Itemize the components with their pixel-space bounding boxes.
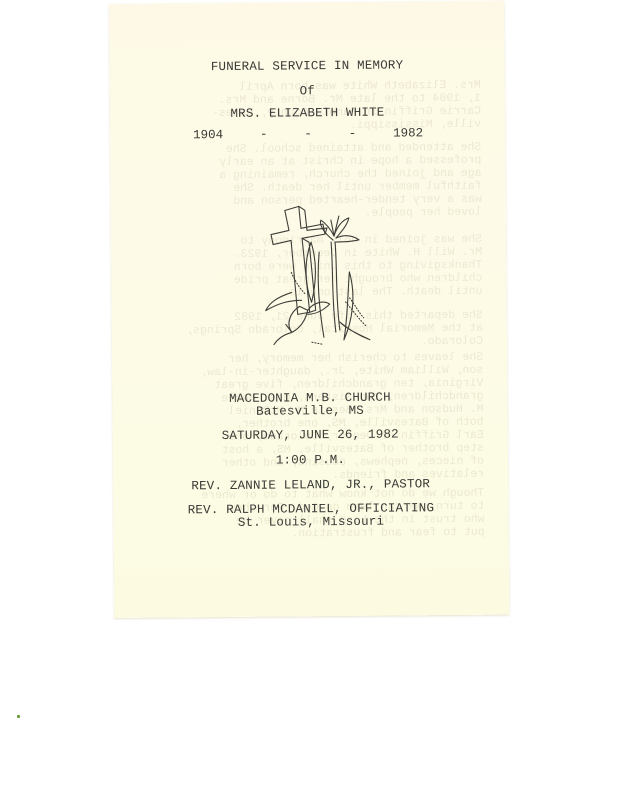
dash: - [349,127,357,141]
program-title: FUNERAL SERVICE IN MEMORY [109,58,504,75]
dash: - [260,128,268,142]
service-date: SATURDAY, JUNE 26, 1982 [113,427,508,444]
pastor: REV. ZANNIE LELAND, JR., PASTOR [113,477,508,494]
deceased-name: MRS. ELIZABETH WHITE [110,105,505,122]
church-location: Batesville, MS [113,403,508,420]
of-line: Of [110,83,505,100]
officiant-location: St. Louis, Missouri [113,514,508,531]
birth-year: 1904 [193,128,223,142]
service-time: 1:00 P.M. [113,452,508,469]
cross-with-lilies-icon [261,202,377,348]
dash: - [304,127,312,141]
life-years: 1904 - - - 1982 [193,126,423,142]
program-page: Mrs. Elizabeth White was born April 1, 1… [109,1,509,618]
death-year: 1982 [393,126,423,140]
scan-speck [17,715,20,718]
